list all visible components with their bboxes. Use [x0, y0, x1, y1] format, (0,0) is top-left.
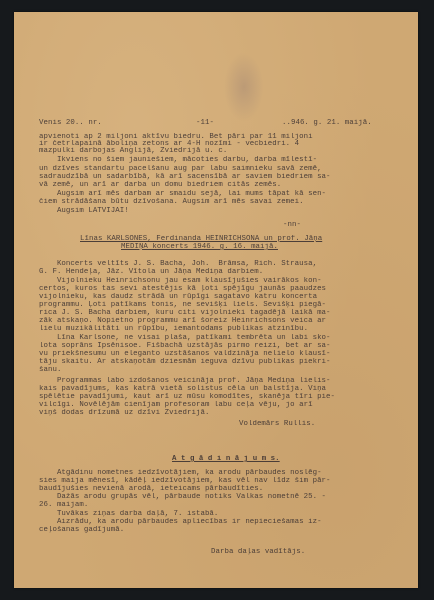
article2-signature: Voldemārs Rullis. [239, 421, 315, 429]
notice-line: 26. maijam. [39, 502, 88, 510]
header-date: ..946. g. 21. maijā. [282, 120, 372, 128]
header-page-number: -11- [196, 120, 214, 128]
article1-line: čiem strādāšana būtu dzīvošana. Augsim a… [39, 199, 304, 207]
article2-line: G. F. Hendeļa, Jāz. Vītola un Jāņa Mediņ… [39, 269, 263, 277]
article1-signature: -nn- [283, 222, 301, 230]
article1-line: Augsim LATVIJAI! [39, 208, 129, 216]
ink-stain [224, 52, 264, 122]
notice-signature: Darba daļas vadītājs. [211, 549, 305, 557]
notice-title: A t g ā d i n ā j u m s. [172, 456, 280, 464]
article2-title-line2: MEDIŅA koncerts 1946. g. 16. maijā. [121, 244, 278, 252]
article1-line: Ikviens no šiem jauniešiem, mācoties dar… [39, 157, 317, 165]
header-issue: Venis 20.. nr. [39, 120, 102, 128]
article2-line: šanu. [39, 367, 61, 375]
article2-line: viņš dodas drīzumā uz dzīvi Zviedrijā. [39, 410, 209, 418]
article1-line: mazpulki darbojas Anglijā, Zviedrijā u. … [39, 148, 227, 156]
article2-line: tāju skaitu. Ar atskaņotām dziesmām iegu… [39, 359, 331, 367]
article1-line: vā zemē, un arī ar darba un domu biedrie… [39, 182, 281, 190]
article2-line: lielu muzikālitāti un rūpību, iemantodam… [39, 326, 308, 334]
notice-line: ceļošanas gadījumā. [39, 527, 124, 535]
